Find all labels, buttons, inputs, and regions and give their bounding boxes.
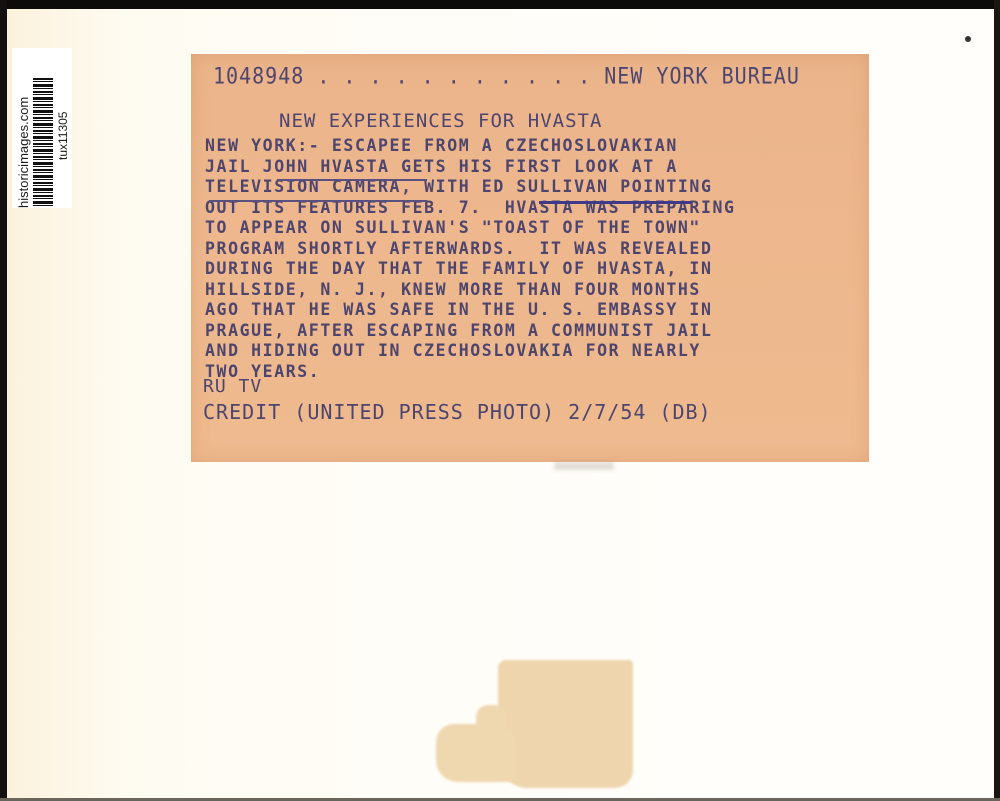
caption-line: AND HIDING OUT IN CZECHOSLOVAKIA FOR NEA… bbox=[205, 341, 701, 360]
caption-line: PRAGUE, AFTER ESCAPING FROM A COMMUNIST … bbox=[205, 321, 713, 340]
caption-header: 1048948 . . . . . . . . . . . NEW YORK B… bbox=[213, 63, 800, 89]
underline-john-hvasta bbox=[277, 179, 427, 181]
watermark-code: tux11305 bbox=[56, 112, 70, 161]
smudge bbox=[554, 462, 614, 470]
caption-line: AGO THAT HE WAS SAFE IN THE U. S. EMBASS… bbox=[205, 300, 713, 319]
dust-spot bbox=[965, 36, 971, 42]
underline-ed-sullivan bbox=[539, 201, 691, 204]
scan-edge-left bbox=[0, 0, 7, 801]
caption-credit: CREDIT (UNITED PRESS PHOTO) 2/7/54 (DB) bbox=[203, 400, 712, 424]
caption-headline: NEW EXPERIENCES FOR HVASTA bbox=[279, 110, 602, 132]
caption-line: TO APPEAR ON SULLIVAN'S "TOAST OF THE TO… bbox=[205, 218, 701, 237]
caption-line: JAIL JOHN HVASTA GETS HIS FIRST LOOK AT … bbox=[205, 157, 678, 176]
caption-tag: RU TV bbox=[203, 376, 262, 397]
caption-slip: 1048948 . . . . . . . . . . . NEW YORK B… bbox=[191, 54, 869, 462]
scan-edge-right bbox=[994, 0, 1000, 801]
caption-line: NEW YORK:- ESCAPEE FROM A CZECHOSLOVAKIA… bbox=[205, 136, 678, 155]
photo-number: 1048948 bbox=[213, 63, 304, 89]
caption-line: DURING THE DAY THAT THE FAMILY OF HVASTA… bbox=[205, 259, 713, 278]
watermark-site: historicimages.com bbox=[16, 97, 31, 208]
bureau-name: NEW YORK BUREAU bbox=[604, 63, 800, 89]
barcode-icon bbox=[33, 78, 53, 208]
scan-edge-top bbox=[0, 0, 1000, 9]
caption-line: HILLSIDE, N. J., KNEW MORE THAN FOUR MON… bbox=[205, 280, 701, 299]
underline-television-camera bbox=[209, 200, 427, 202]
glue-stain bbox=[498, 660, 633, 788]
header-dots: . . . . . . . . . . . bbox=[317, 63, 591, 89]
glue-stain bbox=[476, 705, 506, 735]
caption-line: PROGRAM SHORTLY AFTERWARDS. IT WAS REVEA… bbox=[205, 239, 713, 258]
glue-stain bbox=[436, 724, 516, 782]
